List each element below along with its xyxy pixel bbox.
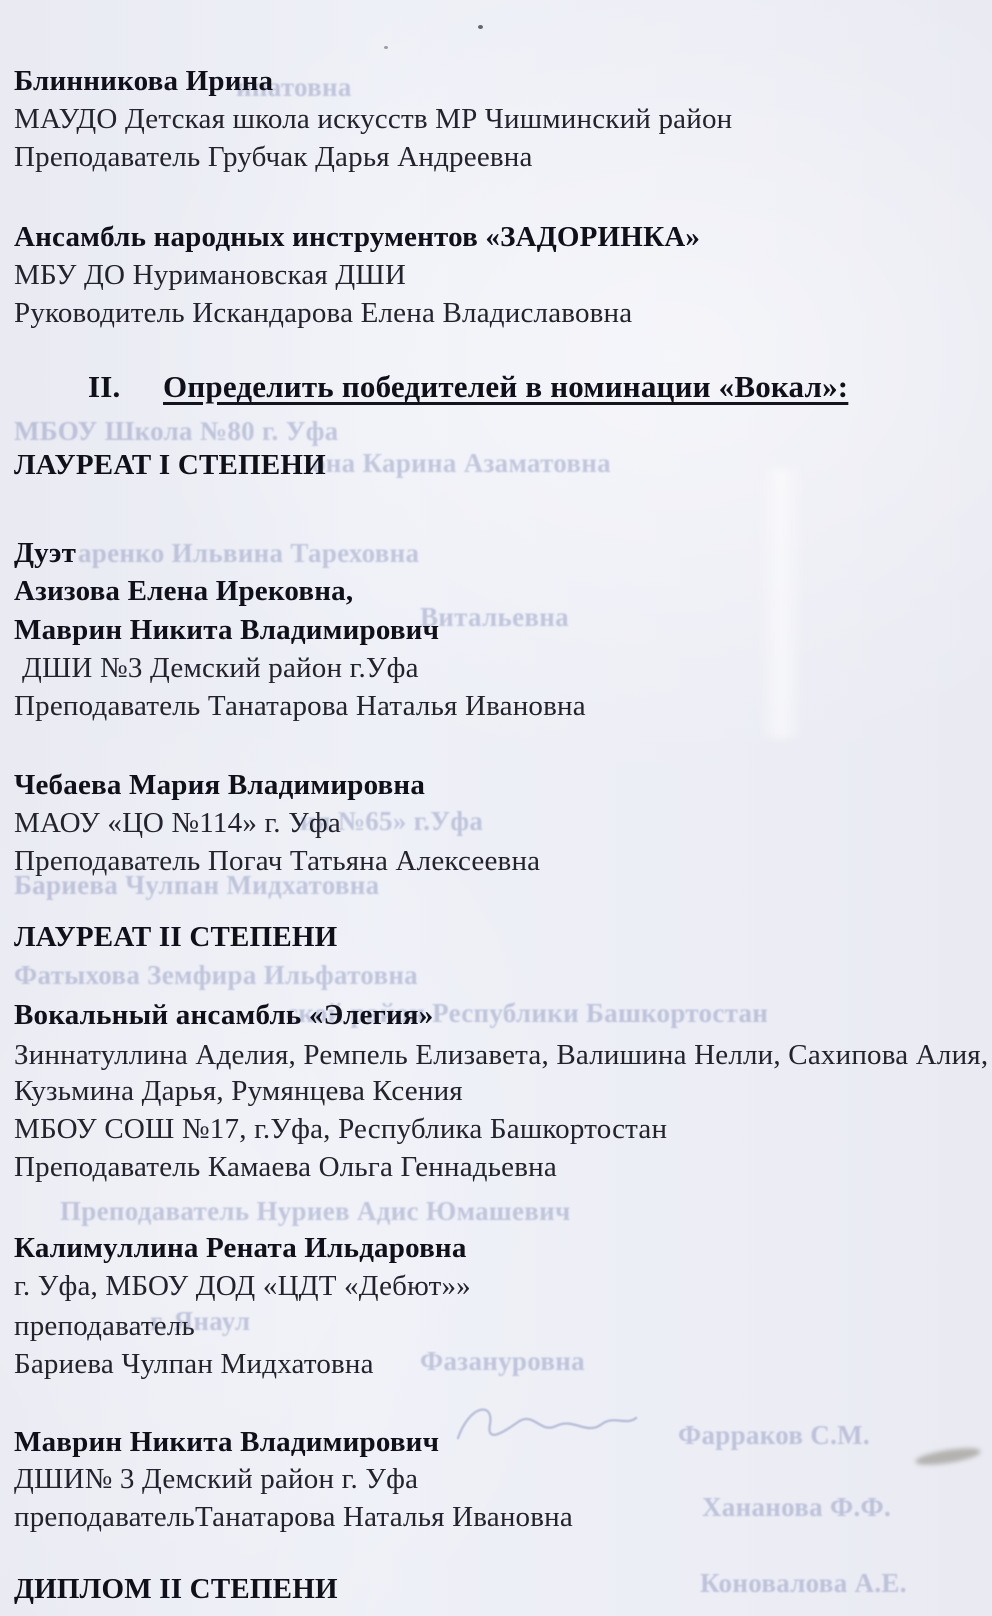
bleed-text: МБОУ Школа №80 г. Уфа [14,416,339,447]
entry-name: Ансамбль народных инструментов «ЗАДОРИНК… [14,222,700,254]
bleed-text: она Карина Азаматовна [312,448,611,479]
duet-label: Дуэт [14,538,76,570]
bleed-text: Фазануровна [420,1346,585,1377]
award-heading: ДИПЛОМ II СТЕПЕНИ [14,1574,338,1606]
entry-name: Калимуллина Рената Ильдаровна [14,1233,467,1265]
paper-crease [758,468,804,738]
entry-teacher: Преподаватель Грубчак Дарья Андреевна [14,142,533,174]
entry-teacher: Преподаватель Погач Татьяна Алексеевна [14,846,540,878]
entry-school: ДШИ №3 Демский район г.Уфа [22,653,419,685]
entry-school: МАУДО Детская школа искусств МР Чишминск… [14,104,732,136]
entry-name: Маврин Никита Владимирович [14,1427,439,1459]
bleed-text: аренко Ильвина Тареховна [78,538,419,569]
ensemble-name: Вокальный ансамбль «Элегия» [14,1000,434,1032]
entry-teacher: Преподаватель Танатарова Наталья Ивановн… [14,691,586,723]
entry-name: Чебаева Мария Владимировна [14,770,425,802]
bleed-text: Витальевна [420,602,569,633]
section-title: Определить победителей в номинации «Вока… [163,370,848,404]
entry-leader: Руководитель Искандарова Елена Владислав… [14,298,632,330]
bleed-text: Коновалова А.Е. [700,1568,907,1599]
entry-teacher: Бариева Чулпан Мидхатовна [14,1349,374,1381]
entry-school: МАОУ «ЦО №114» г. Уфа [14,808,341,840]
ensemble-members: Кузьмина Дарья, Румянцева Ксения [14,1076,463,1108]
duet-member: Азизова Елена Ирековна, [14,576,353,608]
bleed-text: Преподаватель Нуриев Адис Юмашевич [60,1196,571,1227]
entry-school: ДШИ№ 3 Демский район г. Уфа [14,1464,418,1496]
entry-school: МБУ ДО Нуримановская ДШИ [14,260,406,292]
ensemble-members: Зиннатуллина Аделия, Ремпель Елизавета, … [14,1040,988,1072]
entry-teacher: Преподаватель Камаева Ольга Геннадьевна [14,1152,557,1184]
section-numeral: II. [88,370,120,404]
award-heading: ЛАУРЕАТ II СТЕПЕНИ [14,922,337,954]
entry-name: Блинникова Ирина [14,66,273,98]
award-heading: ЛАУРЕАТ I СТЕПЕНИ [14,450,326,482]
scan-smudge [914,1445,981,1468]
bleed-text: Фарраков С.М. [678,1420,870,1451]
duet-member: Маврин Никита Владимирович [14,615,439,647]
entry-school: г. Уфа, МБОУ ДОД «ЦДТ «Дебют»» [14,1271,471,1303]
signature-mark [452,1392,642,1456]
scanned-document-page: ипатовна МБОУ Школа №80 г. Уфа она Карин… [0,0,992,1616]
scan-speck [478,25,483,29]
entry-teacher-label: преподаватель [14,1311,195,1343]
entry-teacher: преподавательТанатарова Наталья Ивановна [14,1502,573,1534]
bleed-text: Фатыхова Земфира Ильфатовна [14,960,418,991]
entry-school: МБОУ СОШ №17, г.Уфа, Республика Башкорто… [14,1114,667,1146]
scan-speck [384,46,388,49]
bleed-text: Хананова Ф.Ф. [702,1492,891,1523]
